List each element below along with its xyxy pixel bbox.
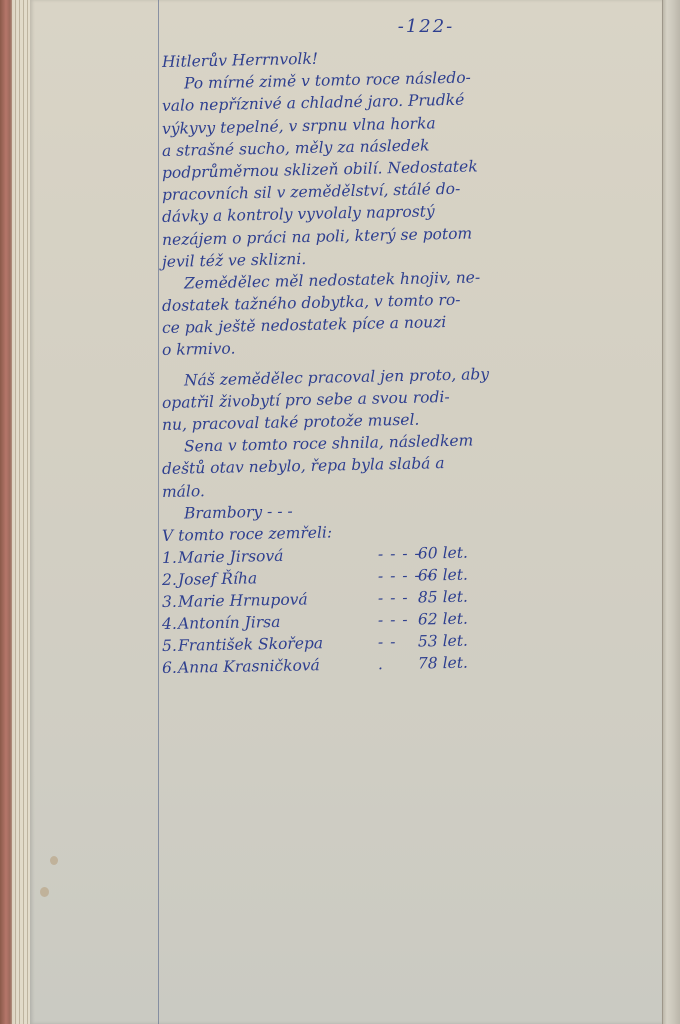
entry-age: 60 let. xyxy=(418,542,468,565)
entry-age: 66 let. xyxy=(418,564,468,587)
entry-number: 2. xyxy=(162,569,178,591)
paragraph-shortages: Zemědělec měl nedostatek hnojiv, ne- dos… xyxy=(162,273,650,362)
deaths-list: 1. Marie Jirsová - - - - 60 let. 2. Jose… xyxy=(162,547,650,679)
entry-leader: - - - - - xyxy=(378,565,418,588)
paragraph-farmer: Náš zemědělec pracoval jen proto, aby op… xyxy=(162,370,650,437)
paragraph-weather: Po mírné zimě v tomto roce následo- valo… xyxy=(162,73,650,273)
entry-age: 53 let. xyxy=(418,630,468,653)
entry-leader: - - xyxy=(378,631,418,654)
entry-leader: - - - - xyxy=(378,543,418,566)
next-page-edge xyxy=(662,0,680,1024)
entry-number: 4. xyxy=(162,613,178,635)
margin-rule xyxy=(158,0,159,1024)
entry-name: Anna Krasničková xyxy=(178,653,378,678)
entry-number: 3. xyxy=(162,591,178,613)
paper-stain xyxy=(40,887,49,897)
entry-number: 1. xyxy=(162,547,178,569)
entry-leader: . xyxy=(378,653,418,676)
page-number: -122- xyxy=(202,16,650,37)
entry-number: 5. xyxy=(162,635,178,657)
paper-stain xyxy=(50,856,58,865)
paragraph-harvest: Sena v tomto roce shnila, následkem dešt… xyxy=(162,436,650,503)
entry-age: 62 let. xyxy=(418,608,468,631)
entry-leader: - - - xyxy=(378,587,418,610)
entry-age: 78 let. xyxy=(418,652,468,675)
entry-age: 85 let. xyxy=(418,586,468,609)
entry-leader: - - - xyxy=(378,609,418,632)
handwritten-text: -122- Hitlerův Herrnvolk! Po mírné zimě … xyxy=(162,16,650,679)
entry-number: 6. xyxy=(162,657,178,679)
